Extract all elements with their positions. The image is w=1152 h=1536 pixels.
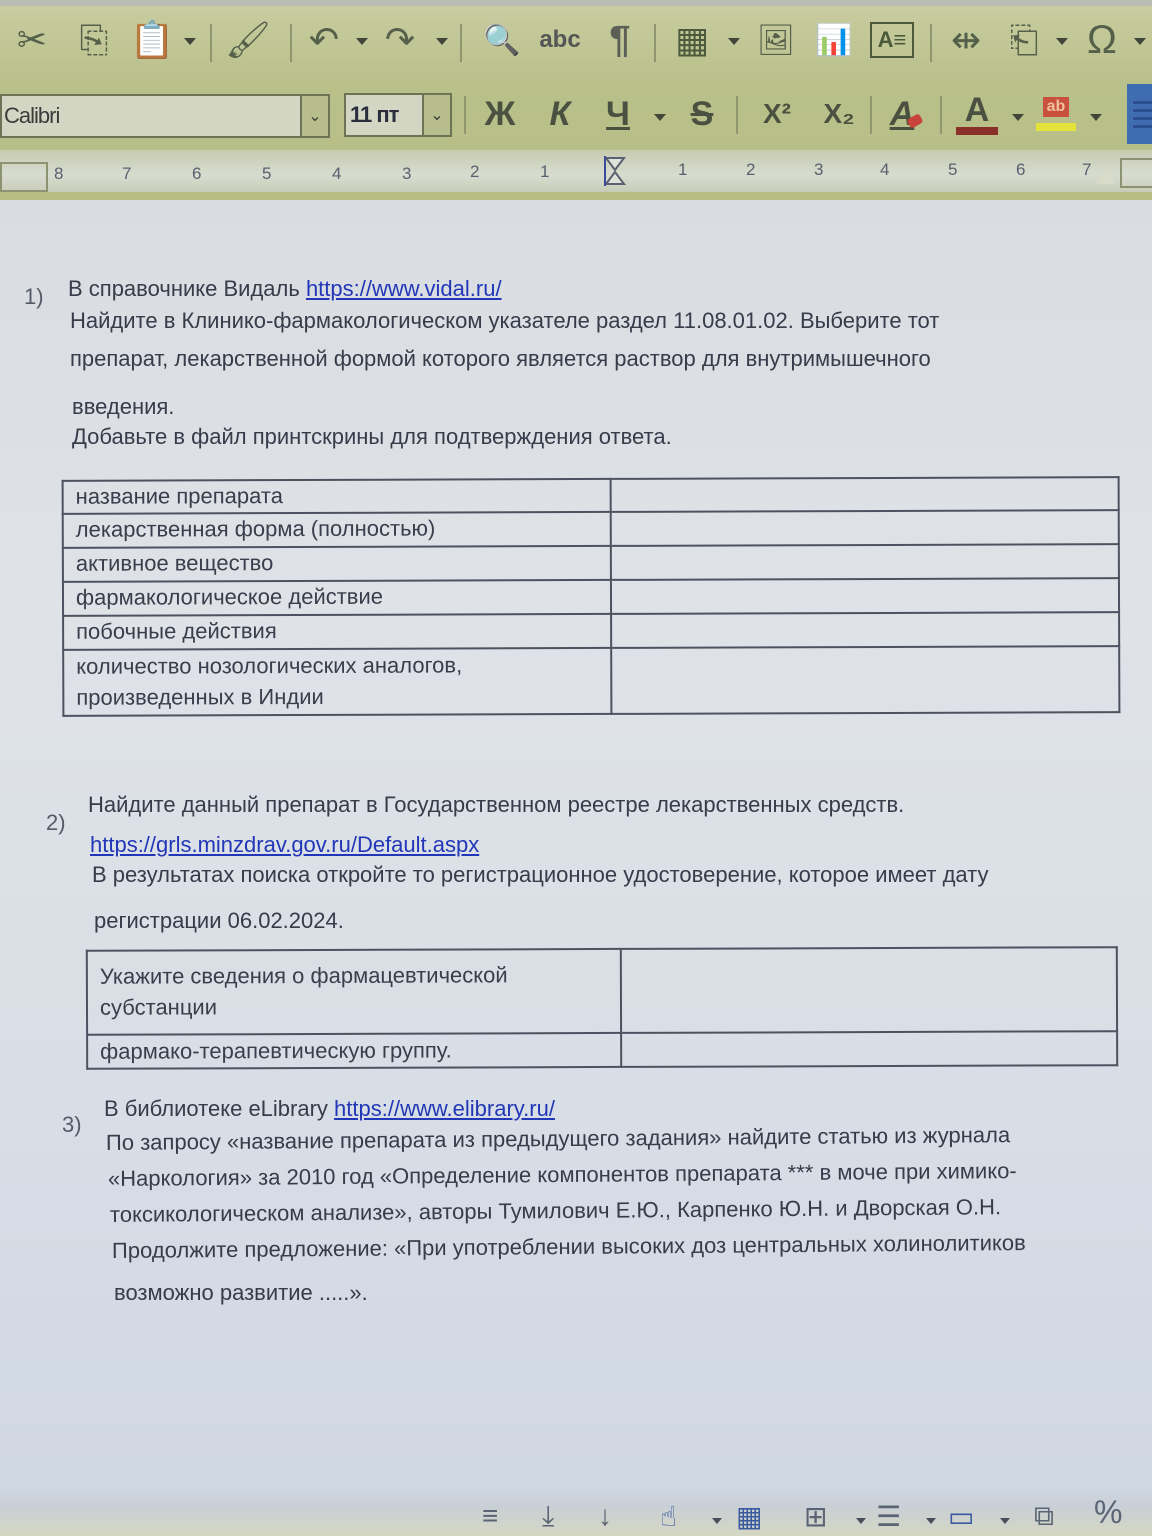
paragraph-spacing-after-icon[interactable]: ⤓ bbox=[542, 1500, 554, 1533]
highlight-icon: ab bbox=[1043, 97, 1070, 117]
task1-intro: В справочнике Видаль https://www.vidal.r… bbox=[68, 278, 502, 300]
indent-marker-icon[interactable] bbox=[604, 156, 626, 186]
insert-textbox-icon[interactable]: A≡ bbox=[870, 22, 914, 58]
table-value-cell[interactable] bbox=[611, 544, 1119, 580]
ruler-number: 1 bbox=[678, 160, 687, 180]
ruler-number: 1 bbox=[540, 162, 549, 182]
line-spacing-icon[interactable]: ≡ bbox=[482, 1500, 498, 1532]
find-replace-icon[interactable]: 🔍 bbox=[478, 16, 526, 64]
table-label-line: субстанции bbox=[100, 991, 608, 1024]
page-break-icon[interactable]: ⇹ bbox=[942, 16, 990, 64]
right-indent-marker-icon[interactable] bbox=[1096, 170, 1116, 184]
task1-line: Найдите в Клинико-фармакологическом указ… bbox=[70, 310, 939, 332]
ruler-number: 3 bbox=[814, 160, 823, 180]
cut-icon[interactable]: ✂ bbox=[8, 16, 56, 64]
insert-image-icon[interactable]: 🖼 bbox=[752, 16, 800, 64]
table-label-cell: лекарственная форма (полностью) bbox=[63, 512, 611, 548]
table-value-cell[interactable] bbox=[611, 477, 1119, 512]
strikethrough-button[interactable]: S bbox=[680, 92, 724, 136]
table-value-cell[interactable] bbox=[611, 510, 1119, 546]
formatting-marks-icon[interactable]: ¶ bbox=[596, 16, 644, 64]
font-name-combobox[interactable]: Calibri ⌄ bbox=[0, 94, 330, 138]
task1-line: введения. bbox=[72, 396, 174, 418]
undo-dropdown-icon[interactable] bbox=[356, 38, 368, 45]
ruler-left-margin bbox=[0, 162, 48, 192]
special-character-dropdown-icon[interactable] bbox=[1134, 38, 1146, 45]
toolbar-separator bbox=[736, 96, 738, 134]
task2-line: Найдите данный препарат в Государственно… bbox=[88, 794, 904, 816]
shading-dropdown-icon[interactable] bbox=[1000, 1518, 1010, 1524]
ruler-number: 7 bbox=[122, 164, 131, 184]
ruler-number: 4 bbox=[332, 164, 341, 184]
insert-field-icon[interactable]: ⎗ bbox=[1000, 16, 1048, 64]
font-size-value: 11 пт bbox=[346, 102, 422, 128]
toolbar-separator bbox=[870, 96, 872, 134]
task1-line: препарат, лекарственной формой которого … bbox=[70, 348, 931, 370]
paragraph-spacing-down-icon[interactable]: ↓ bbox=[598, 1500, 612, 1532]
grls-link[interactable]: https://grls.minzdrav.gov.ru/Default.asp… bbox=[90, 832, 479, 857]
clear-formatting-button[interactable]: A bbox=[884, 92, 928, 136]
ruler-number: 6 bbox=[1016, 160, 1025, 180]
table-row: побочные действия bbox=[63, 612, 1119, 650]
toolbar-separator bbox=[460, 24, 462, 62]
table-row: фармако-терапевтическую группу. bbox=[87, 1031, 1117, 1069]
table-pointer-icon[interactable]: ☝ bbox=[660, 1500, 677, 1533]
vidal-link[interactable]: https://www.vidal.ru/ bbox=[306, 276, 502, 301]
table-label-cell: побочные действия bbox=[63, 614, 611, 650]
task1-intro-text: В справочнике Видаль bbox=[68, 276, 306, 301]
toolbar-separator bbox=[464, 96, 466, 134]
redo-icon[interactable]: ↷ bbox=[376, 16, 424, 64]
highlight-button[interactable]: ab bbox=[1034, 92, 1078, 136]
horizontal-ruler[interactable] bbox=[0, 150, 1152, 192]
font-color-dropdown-icon[interactable] bbox=[1012, 114, 1024, 121]
toolbar-separator bbox=[940, 96, 942, 134]
table-value-cell[interactable] bbox=[611, 646, 1119, 714]
list-number: 3) bbox=[62, 1112, 82, 1138]
ruler-number: 5 bbox=[262, 164, 271, 184]
table-borders-icon[interactable]: ⊞ bbox=[804, 1500, 827, 1533]
field-dropdown-icon[interactable] bbox=[1056, 38, 1068, 45]
redo-dropdown-icon[interactable] bbox=[436, 38, 448, 45]
task2-link-line: https://grls.minzdrav.gov.ru/Default.asp… bbox=[90, 834, 479, 856]
bold-button[interactable]: Ж bbox=[478, 92, 522, 136]
table-row: фармакологическое действие bbox=[63, 578, 1119, 616]
table-value-cell[interactable] bbox=[611, 578, 1119, 614]
toolbar-separator bbox=[210, 24, 212, 62]
ruler-number: 5 bbox=[948, 160, 957, 180]
toolbar-separator bbox=[654, 24, 656, 62]
font-name-value: Calibri bbox=[2, 103, 300, 129]
table-label-cell: фармакологическое действие bbox=[63, 580, 611, 616]
ruler-number: 4 bbox=[880, 160, 889, 180]
ruler-number: 2 bbox=[746, 160, 755, 180]
border-style-dropdown-icon[interactable] bbox=[926, 1518, 936, 1524]
font-color-icon: A bbox=[965, 93, 990, 127]
toolbar-separator bbox=[290, 24, 292, 62]
border-style-icon[interactable]: ☰ bbox=[876, 1500, 901, 1533]
ruler-right-margin bbox=[1120, 158, 1152, 188]
table-label-line: количество нозологических аналогов, bbox=[76, 650, 598, 683]
insert-object-icon[interactable]: ⧉ bbox=[1034, 1500, 1054, 1533]
percent-icon[interactable]: % bbox=[1094, 1494, 1122, 1531]
special-character-icon[interactable]: Ω bbox=[1078, 16, 1126, 64]
table-row: название препарата bbox=[63, 477, 1119, 513]
table-row: лекарственная форма (полностью) bbox=[63, 510, 1119, 548]
italic-button[interactable]: К bbox=[538, 92, 582, 136]
task3-intro-text: В библиотеке eLibrary bbox=[104, 1096, 334, 1121]
task2-line: регистрации 06.02.2024. bbox=[94, 910, 344, 932]
task1-line: Добавьте в файл принтскрины для подтверж… bbox=[72, 426, 672, 448]
task2-table: Укажите сведения о фармацевтической субс… bbox=[86, 946, 1118, 1070]
insert-chart-icon[interactable]: 📊 bbox=[810, 16, 858, 64]
pointer-dropdown-icon[interactable] bbox=[712, 1518, 722, 1524]
table-value-cell[interactable] bbox=[621, 1031, 1117, 1067]
insert-table-icon[interactable]: ▦ bbox=[668, 16, 716, 64]
chevron-down-icon[interactable]: ⌄ bbox=[300, 96, 328, 136]
undo-icon[interactable]: ↶ bbox=[300, 16, 348, 64]
align-left-button[interactable] bbox=[1127, 84, 1152, 144]
table-value-cell[interactable] bbox=[611, 612, 1119, 648]
table-row: количество нозологических аналогов, прои… bbox=[63, 646, 1119, 716]
task3-intro: В библиотеке eLibrary https://www.elibra… bbox=[104, 1098, 555, 1120]
superscript-button[interactable]: X² bbox=[752, 92, 802, 136]
font-color-swatch bbox=[956, 127, 998, 135]
borders-dropdown-icon[interactable] bbox=[856, 1518, 866, 1524]
list-number: 1) bbox=[24, 284, 44, 310]
ruler-number: 3 bbox=[402, 164, 411, 184]
underline-button[interactable]: Ч bbox=[596, 92, 640, 136]
task3-line: возможно развитие .....». bbox=[114, 1282, 368, 1304]
table-row: Укажите сведения о фармацевтической субс… bbox=[87, 947, 1117, 1035]
table-format-icon[interactable]: ▦ bbox=[736, 1500, 762, 1533]
table-label-cell: количество нозологических аналогов, прои… bbox=[63, 648, 611, 716]
chevron-down-icon[interactable]: ⌄ bbox=[422, 95, 450, 135]
task1-table: название препарата лекарственная форма (… bbox=[62, 476, 1121, 716]
table-dropdown-icon[interactable] bbox=[728, 38, 740, 45]
elibrary-link[interactable]: https://www.elibrary.ru/ bbox=[334, 1096, 555, 1121]
cell-shading-icon[interactable]: ▭ bbox=[948, 1500, 974, 1533]
table-label-cell: активное вещество bbox=[63, 546, 611, 582]
table-label-line: Укажите сведения о фармацевтической bbox=[100, 960, 608, 993]
copy-icon[interactable]: ⎘ bbox=[70, 16, 118, 64]
paste-dropdown-icon[interactable] bbox=[184, 38, 196, 45]
bottom-toolbar bbox=[0, 1486, 1152, 1536]
task2-line: В результатах поиска откройте то регистр… bbox=[92, 864, 988, 886]
subscript-button[interactable]: X₂ bbox=[814, 92, 864, 136]
table-label-cell: Укажите сведения о фармацевтической субс… bbox=[87, 949, 621, 1035]
ruler-number: 2 bbox=[470, 162, 479, 182]
list-number: 2) bbox=[46, 810, 66, 836]
format-painter-icon[interactable]: 🖌 bbox=[224, 16, 272, 64]
underline-dropdown-icon[interactable] bbox=[654, 114, 666, 121]
ruler-number: 8 bbox=[54, 164, 63, 184]
ruler-number: 6 bbox=[192, 164, 201, 184]
table-label-line: произведенных в Индии bbox=[76, 681, 598, 714]
table-label-cell: фармако-терапевтическую группу. bbox=[87, 1033, 621, 1069]
table-row: активное вещество bbox=[63, 544, 1119, 582]
table-label-cell: название препарата bbox=[63, 479, 611, 514]
ruler-number: 7 bbox=[1082, 160, 1091, 180]
table-value-cell[interactable] bbox=[621, 947, 1117, 1033]
spellcheck-icon[interactable]: abc bbox=[536, 16, 584, 64]
paste-icon[interactable]: 📋 bbox=[128, 16, 176, 64]
highlight-swatch bbox=[1036, 123, 1076, 131]
highlight-dropdown-icon[interactable] bbox=[1090, 114, 1102, 121]
font-color-button[interactable]: A bbox=[954, 92, 1000, 136]
font-size-combobox[interactable]: 11 пт ⌄ bbox=[344, 93, 452, 137]
toolbar-separator bbox=[930, 24, 932, 62]
